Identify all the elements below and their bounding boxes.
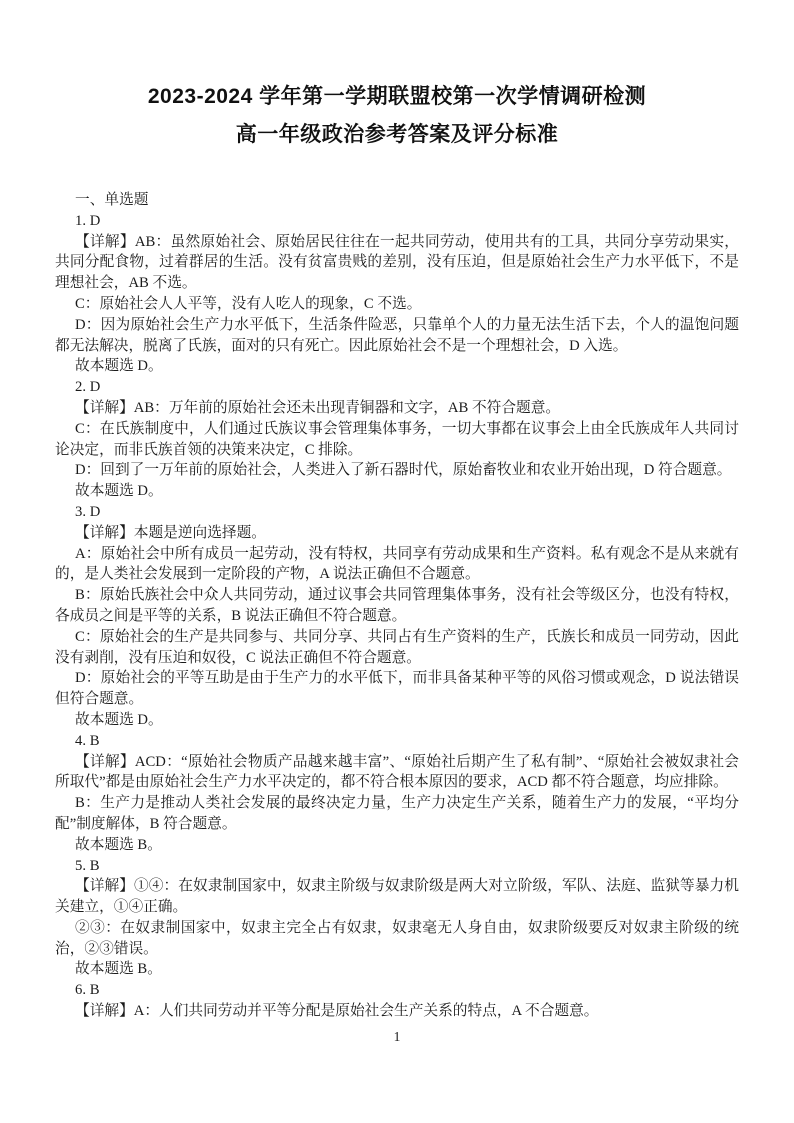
- explanation-paragraph: 【详解】AB：万年前的原始社会还未出现青铜器和文字，AB 不符合题意。: [55, 398, 739, 419]
- explanation-paragraph: C：原始社会的生产是共同参与、共同分享、共同占有生产资料的生产，氏族长和成员一同…: [55, 627, 739, 669]
- explanation-paragraph: A：原始社会中所有成员一起劳动，没有特权，共同享有劳动成果和生产资料。私有观念不…: [55, 544, 739, 586]
- explanation-paragraph: C：在氏族制度中，人们通过氏族议事会管理集体事务，一切大事都在议事会上由全氏族成…: [55, 419, 739, 461]
- explanation-paragraph: 【详解】ACD：“原始社会物质产品越来越丰富”、“原始社后期产生了私有制”、“原…: [55, 752, 739, 794]
- answer-number: 1. D: [55, 211, 739, 232]
- page-number: 1: [0, 1028, 794, 1046]
- document-page: 2023-2024 学年第一学期联盟校第一次学情调研检测 高一年级政治参考答案及…: [0, 0, 794, 1123]
- answer-number: 6. B: [55, 980, 739, 1001]
- explanation-paragraph: B：生产力是推动人类社会发展的最终决定力量，生产力决定生产关系，随着生产力的发展…: [55, 793, 739, 835]
- answer-number: 2. D: [55, 377, 739, 398]
- explanation-paragraph: 故本题选 D。: [55, 710, 739, 731]
- explanation-paragraph: C：原始社会人人平等，没有人吃人的现象，C 不选。: [55, 294, 739, 315]
- explanation-paragraph: ②③：在奴隶制国家中，奴隶主完全占有奴隶，奴隶毫无人身自由，奴隶阶级要反对奴隶主…: [55, 918, 739, 960]
- answer-number: 3. D: [55, 502, 739, 523]
- document-title-line2: 高一年级政治参考答案及评分标准: [0, 122, 794, 147]
- explanation-paragraph: 故本题选 D。: [55, 481, 739, 502]
- explanation-paragraph: D：因为原始社会生产力水平低下，生活条件险恶，只靠单个人的力量无法生活下去，个人…: [55, 315, 739, 357]
- explanation-paragraph: D：回到了一万年前的原始社会，人类进入了新石器时代，原始畜牧业和农业开始出现，D…: [55, 460, 739, 481]
- explanation-paragraph: 故本题选 B。: [55, 835, 739, 856]
- explanation-paragraph: 故本题选 B。: [55, 959, 739, 980]
- answers-list: 1. D【详解】AB：虽然原始社会、原始居民往往在一起共同劳动，使用共有的工具，…: [55, 211, 739, 1022]
- answer-number: 4. B: [55, 731, 739, 752]
- explanation-paragraph: B：原始氏族社会中众人共同劳动，通过议事会共同管理集体事务，没有社会等级区分，也…: [55, 585, 739, 627]
- document-header: 2023-2024 学年第一学期联盟校第一次学情调研检测 高一年级政治参考答案及…: [0, 0, 794, 147]
- explanation-paragraph: D：原始社会的平等互助是由于生产力的水平低下，而非具备某种平等的风俗习惯或观念，…: [55, 668, 739, 710]
- explanation-paragraph: 【详解】AB：虽然原始社会、原始居民往往在一起共同劳动，使用共有的工具，共同分享…: [55, 232, 739, 294]
- explanation-paragraph: 【详解】A：人们共同劳动并平等分配是原始社会生产关系的特点，A 不合题意。: [55, 1001, 739, 1022]
- section-heading: 一、单选题: [55, 190, 739, 211]
- document-title-line1: 2023-2024 学年第一学期联盟校第一次学情调研检测: [0, 84, 794, 109]
- explanation-paragraph: 故本题选 D。: [55, 356, 739, 377]
- explanation-paragraph: 【详解】①④：在奴隶制国家中，奴隶主阶级与奴隶阶级是两大对立阶级，军队、法庭、监…: [55, 876, 739, 918]
- answer-key-body: 一、单选题 1. D【详解】AB：虽然原始社会、原始居民往往在一起共同劳动，使用…: [55, 190, 739, 1022]
- explanation-paragraph: 【详解】本题是逆向选择题。: [55, 523, 739, 544]
- answer-number: 5. B: [55, 856, 739, 877]
